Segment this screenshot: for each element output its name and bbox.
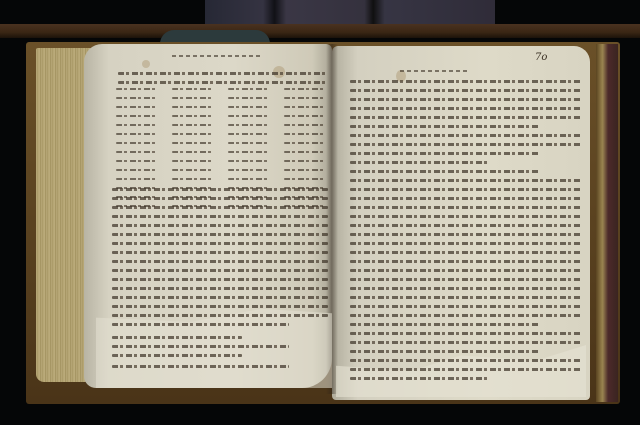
background-textile [205,0,495,26]
folio-number: 7o [535,52,547,63]
shelf [0,24,640,38]
right-text-body [350,80,582,386]
running-head-right [400,70,470,72]
cover-fore-edge [596,44,618,402]
running-head-left [172,55,262,57]
stain [142,60,150,68]
left-text-body [112,188,328,374]
